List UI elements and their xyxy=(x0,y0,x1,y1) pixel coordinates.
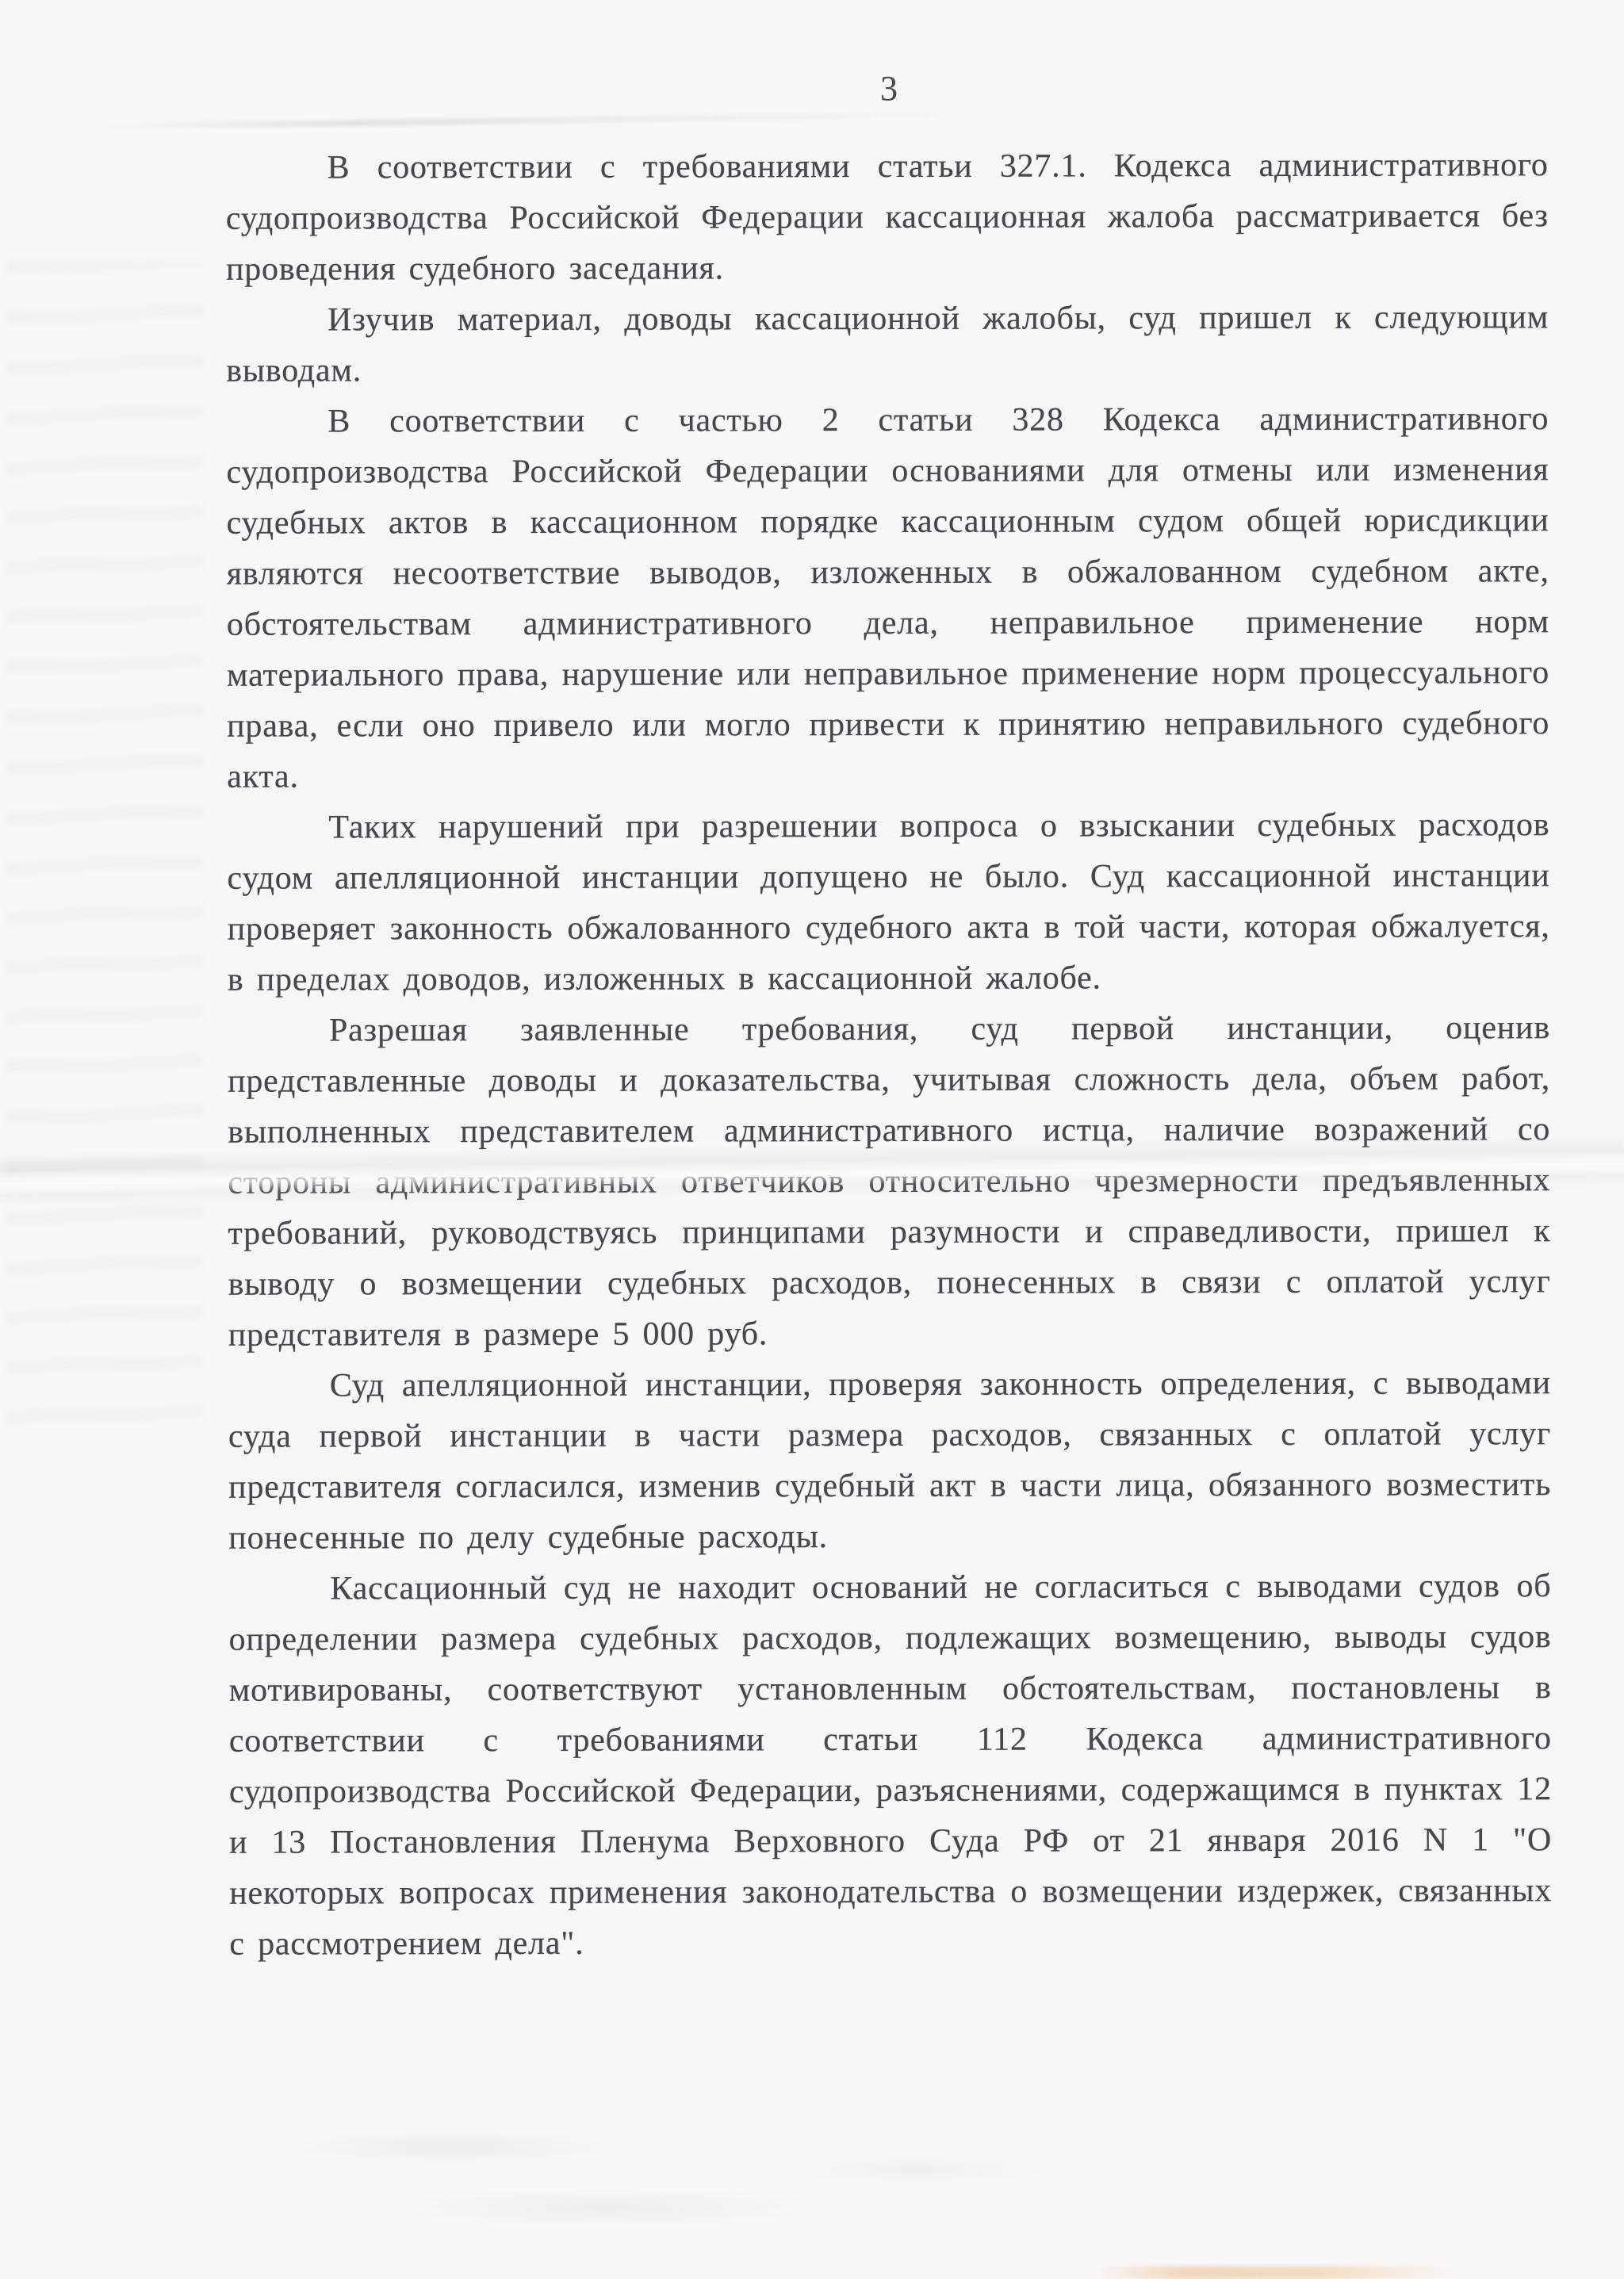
scanned-court-document-page: 3 В соответствии с требованиями статьи 3… xyxy=(0,0,1624,2279)
paragraph-first-instance-ruling: Разрешая заявленные требования, суд перв… xyxy=(228,1002,1551,1360)
scan-artifact-bottom-edge-tint xyxy=(1094,2266,1459,2279)
paragraph-court-conclusions-intro: Изучив материал, доводы кассационной жал… xyxy=(226,292,1549,396)
paragraph-cassation-conclusion: Кассационный суд не находит оснований не… xyxy=(228,1561,1552,1969)
paragraph-no-violations: Таких нарушений при разрешении вопроса о… xyxy=(227,799,1550,1005)
paragraph-article-328-grounds: В соответствии с частью 2 статьи 328 Код… xyxy=(226,393,1549,802)
document-body: В соответствии с требованиями статьи 327… xyxy=(226,140,1553,1969)
paragraph-article-327-1: В соответствии с требованиями статьи 327… xyxy=(226,140,1549,294)
scan-artifact-bleedthrough-bottom xyxy=(143,2109,1174,2260)
paragraph-appellate-instance: Суд апелляционной инстанции, проверяя за… xyxy=(228,1358,1552,1563)
scan-artifact-top-shadow xyxy=(95,111,967,129)
page-number: 3 xyxy=(228,68,1550,109)
scan-artifact-bleedthrough-left-margin xyxy=(5,262,203,1451)
